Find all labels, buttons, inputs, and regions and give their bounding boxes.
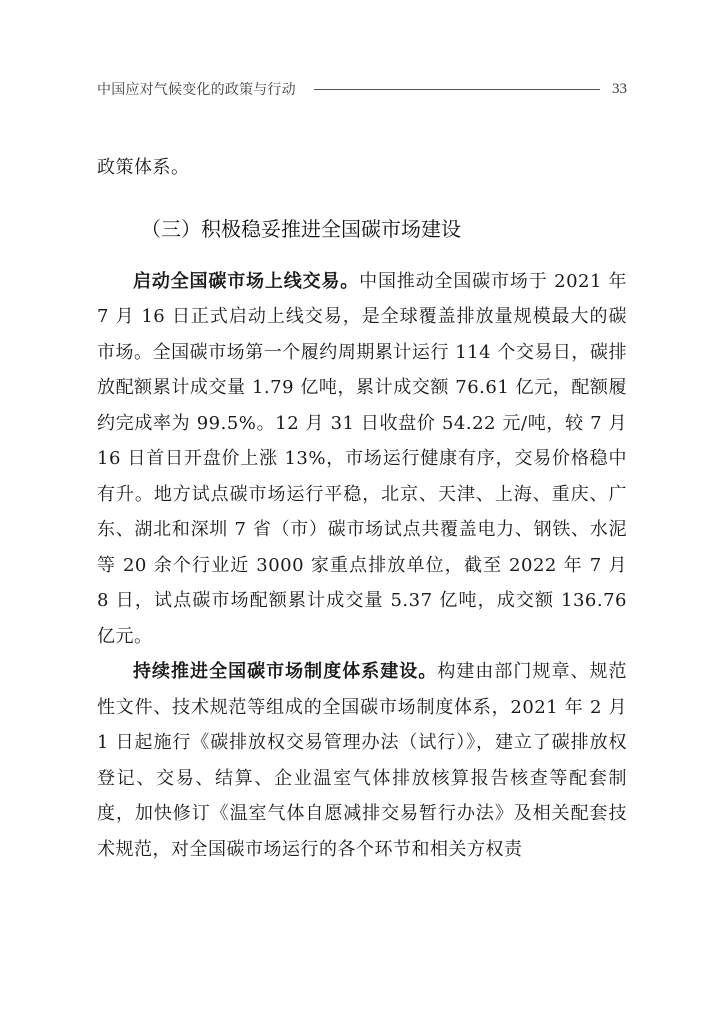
paragraph-carbon-market-launch: 启动全国碳市场上线交易。中国推动全国碳市场于 2021 年 7 月 16 日正式… [97,264,627,655]
paragraph-text: 中国推动全国碳市场于 2021 年 7 月 16 日正式启动上线交易，是全球覆盖… [97,271,627,647]
carryover-text: 政策体系。 [97,150,627,186]
section-heading: （三）积极稳妥推进全国碳市场建设 [141,214,627,244]
page-content: 政策体系。 （三）积极稳妥推进全国碳市场建设 启动全国碳市场上线交易。中国推动全… [97,150,627,867]
running-header: 中国应对气候变化的政策与行动 33 [97,78,627,100]
paragraph-text: 构建由部门规章、规范性文件、技术规范等组成的全国碳市场制度体系，2021 年 2… [97,661,627,860]
page-number: 33 [612,81,627,98]
paragraph-institutional-system: 持续推进全国碳市场制度体系建设。构建由部门规章、规范性文件、技术规范等组成的全国… [97,654,627,867]
paragraph-lead: 启动全国碳市场上线交易。 [133,271,359,292]
running-title: 中国应对气候变化的政策与行动 [97,79,296,99]
paragraph-lead: 持续推进全国碳市场制度体系建设。 [133,661,437,682]
header-rule [314,89,600,90]
